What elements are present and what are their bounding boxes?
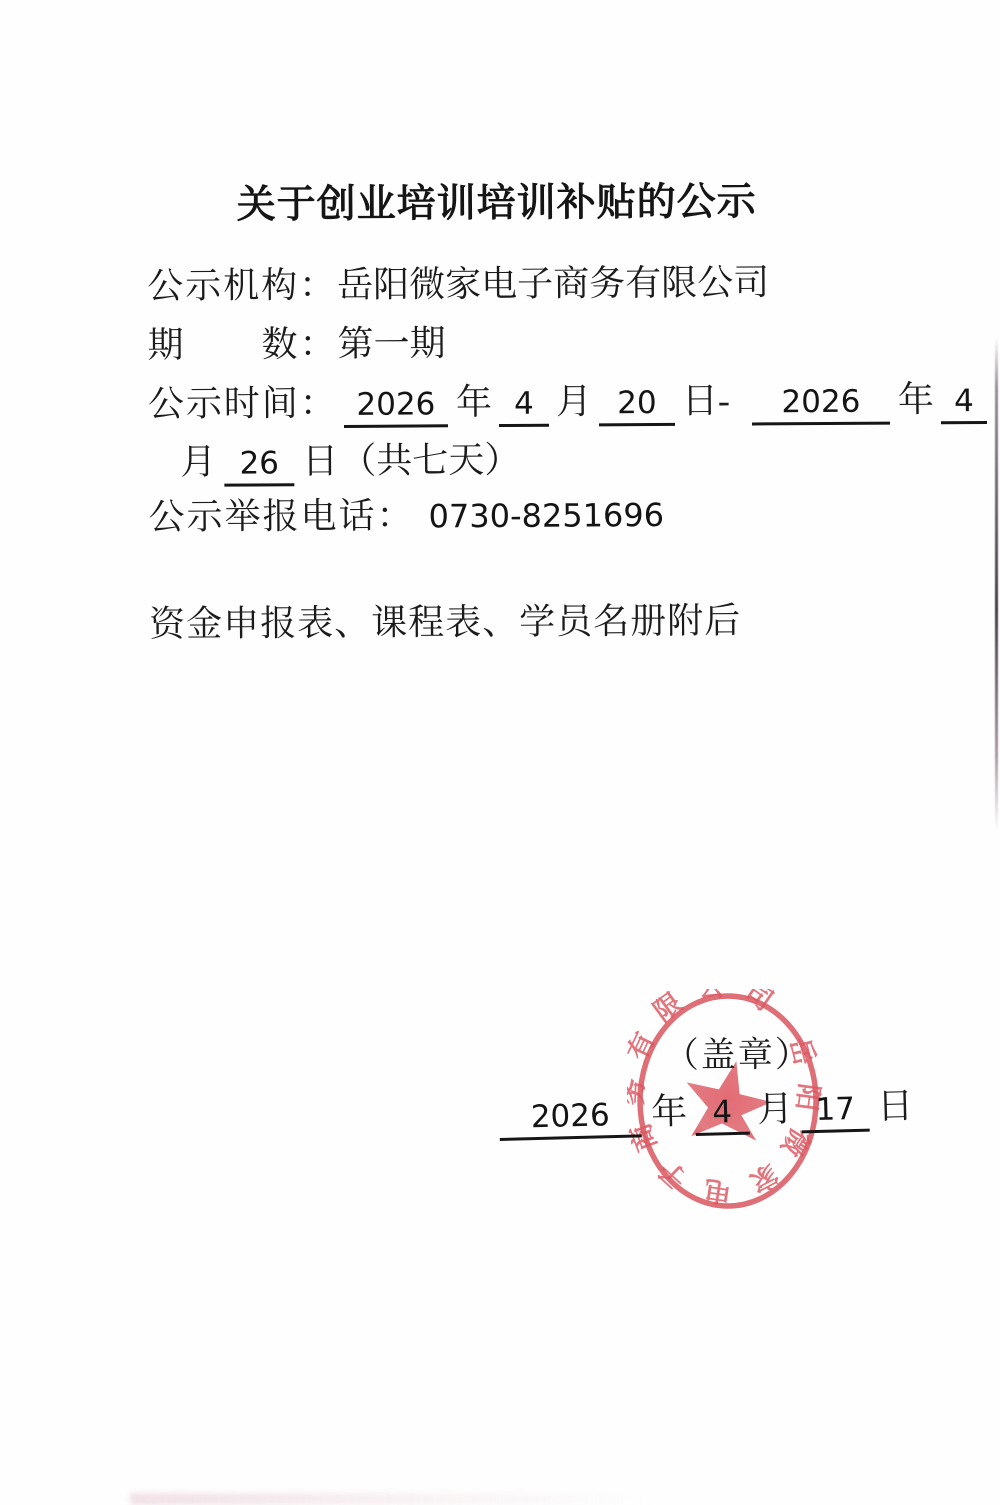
period-label: 公示时间： bbox=[148, 383, 338, 424]
seal-caption: （盖章） bbox=[664, 1027, 812, 1078]
period-end-year-blank: 2026 bbox=[752, 379, 890, 426]
unit-day-2: 日 bbox=[302, 441, 338, 481]
unit-year-2: 年 bbox=[898, 379, 934, 419]
sign-day-blank: 17 bbox=[801, 1086, 870, 1134]
period-end-month: 4 bbox=[954, 383, 974, 419]
attachments-line: 资金申报表、课程表、学员名册附后 bbox=[149, 593, 741, 648]
sign-day: 17 bbox=[815, 1091, 855, 1128]
scan-bottom-smudge bbox=[130, 1493, 650, 1505]
sign-unit-month: 月 bbox=[757, 1089, 794, 1130]
sign-year-blank: 2026 bbox=[499, 1091, 642, 1141]
issue-line: 期 数：第一期 bbox=[147, 315, 445, 368]
unit-year: 年 bbox=[456, 382, 492, 422]
hotline-line: 公示举报电话：0730-8251696 bbox=[148, 486, 664, 540]
unit-month-2: 月 bbox=[180, 442, 216, 482]
scanned-notice-page: 关于创业培训培训补贴的公示 公示机构：岳阳微家电子商务有限公司 期 数：第一期 … bbox=[0, 0, 1000, 1505]
document-body: 关于创业培训培训补贴的公示 公示机构：岳阳微家电子商务有限公司 期 数：第一期 … bbox=[0, 0, 1000, 1505]
issue-label: 期 数： bbox=[147, 324, 337, 365]
sign-unit-year: 年 bbox=[651, 1091, 688, 1132]
period-start-month-blank: 4 bbox=[499, 381, 549, 427]
hotline-label: 公示举报电话： bbox=[148, 496, 414, 538]
org-label: 公示机构： bbox=[147, 265, 337, 306]
period-line: 公示时间：2026年4月20日-2026年4 bbox=[148, 371, 987, 429]
period-start-year: 2026 bbox=[356, 386, 435, 422]
hotline-number: 0730-8251696 bbox=[428, 496, 664, 535]
sign-month: 4 bbox=[712, 1094, 733, 1130]
org-line: 公示机构：岳阳微家电子商务有限公司 bbox=[147, 254, 769, 309]
period-end-day: 26 bbox=[239, 445, 279, 481]
scan-edge-artifact bbox=[995, 338, 998, 830]
period-start-day-blank: 20 bbox=[599, 380, 675, 426]
period-end-day-blank: 26 bbox=[224, 440, 294, 486]
period-start-year-blank: 2026 bbox=[344, 381, 448, 428]
period-end-month-blank: 4 bbox=[941, 378, 987, 424]
period-wrap-line: 月26日（共七天） bbox=[178, 432, 520, 487]
sign-date-line: 2026年4月17日 bbox=[499, 1077, 916, 1141]
page-title: 关于创业培训培训补贴的公示 bbox=[0, 169, 997, 231]
org-value: 岳阳微家电子商务有限公司 bbox=[337, 262, 769, 305]
period-note: （共七天） bbox=[340, 440, 520, 481]
unit-day-dash: 日- bbox=[682, 381, 730, 421]
sign-unit-day: 日 bbox=[877, 1086, 914, 1127]
sign-month-blank: 4 bbox=[695, 1089, 750, 1136]
unit-month: 月 bbox=[556, 381, 592, 421]
issue-value: 第一期 bbox=[337, 323, 445, 364]
period-start-month: 4 bbox=[514, 386, 534, 422]
sign-year: 2026 bbox=[530, 1097, 610, 1135]
period-end-year: 2026 bbox=[781, 384, 860, 420]
period-start-day: 20 bbox=[617, 385, 657, 421]
